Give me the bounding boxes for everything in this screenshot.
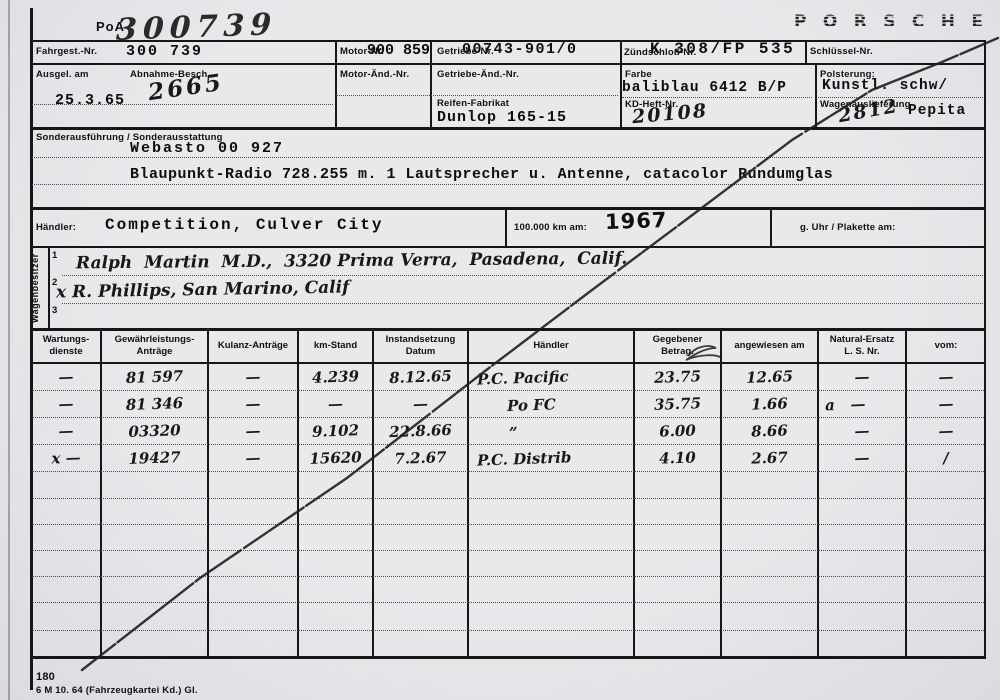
polsterung-value: Kunstl. schw/	[822, 78, 948, 94]
porsche-logo: PORSCHE	[793, 10, 993, 32]
schluessel-label: Schlüssel-Nr.	[810, 46, 873, 57]
table-cell: 12.65	[722, 362, 818, 391]
table-cell: —	[374, 389, 468, 418]
table-cell: —	[819, 417, 906, 446]
table-cell: —	[819, 363, 906, 392]
reifen-label: Reifen-Fabrikat	[437, 98, 509, 109]
table-cell: —	[209, 362, 298, 391]
table-cell: —	[299, 390, 373, 419]
table-header: angewiesen am	[722, 330, 817, 362]
rule-v	[48, 246, 50, 328]
table-header: Kulanz-Anträge	[209, 330, 297, 362]
motor-value: 900 859	[367, 42, 430, 59]
table-header: Wartungs- dienste	[32, 330, 100, 362]
table-cell: —	[907, 417, 986, 446]
table-cell: 22.8.66	[374, 416, 468, 445]
table-cell: 81 597	[102, 362, 208, 392]
table-cell: a —	[819, 389, 912, 418]
footer-text: 6 M 10. 64 (Fahrzeugkartei Kd.) Gl.	[36, 685, 198, 696]
table-cell: P.C. Distrib	[469, 442, 634, 474]
dotted-rule	[32, 157, 983, 158]
dotted-rule	[32, 550, 984, 551]
table-header: Natural-Ersatz L. S. Nr.	[819, 330, 905, 362]
table-cell: x —	[32, 444, 101, 472]
owner-row-number: 1	[52, 250, 57, 261]
rule-h	[30, 63, 986, 65]
table-header: vom:	[907, 330, 985, 362]
reifen-value: Dunlop 165-15	[437, 109, 567, 126]
getriebe-aend-label: Getriebe-Änd.-Nr.	[437, 69, 519, 80]
wagenbesitzer-side-label: Wagenbesitzer	[30, 249, 48, 327]
table-header: Gegebener Betrag.	[635, 330, 720, 362]
table-cell: 4.239	[299, 363, 373, 392]
table-cell: 03320	[102, 416, 208, 446]
table-cell: —	[32, 390, 101, 418]
dotted-rule	[622, 97, 812, 98]
table-cell: 15620	[299, 444, 373, 473]
rule-v	[505, 207, 507, 246]
motor-aend-label: Motor-Änd.-Nr.	[340, 69, 409, 80]
haendler-value: Competition, Culver City	[105, 216, 383, 234]
paper-edge	[8, 0, 10, 700]
rule-v	[815, 63, 817, 127]
rule-v	[335, 40, 337, 127]
table-header: Gewährleistungs- Anträge	[102, 330, 207, 362]
dotted-rule	[32, 602, 984, 603]
farbe-value: baliblau 6412 B/P	[622, 80, 787, 96]
table-header: Händler	[469, 330, 633, 362]
table-cell: —	[209, 443, 298, 472]
ausgel-value: 25.3.65	[55, 92, 125, 109]
uhr-plakette-label: g. Uhr / Plakette am:	[800, 222, 896, 233]
owner-2: x R. Phillips, San Marino, Calif	[56, 277, 350, 302]
dotted-rule	[32, 444, 984, 445]
km-label: 100.000 km am:	[514, 222, 587, 233]
table-cell: 35.75	[635, 390, 721, 419]
owner-1: Ralph Martin M.D., 3320 Prima Verra, Pas…	[76, 249, 627, 274]
table-cell: 8.66	[722, 416, 818, 445]
dotted-rule	[336, 95, 618, 96]
ausgel-label: Ausgel. am	[36, 69, 89, 80]
table-cell: 4.10	[635, 444, 721, 473]
dotted-rule	[32, 576, 984, 577]
table-cell: 1.66	[722, 389, 818, 418]
vehicle-record-card: PORSCHE PoA 300739 Fahrgest.-Nr. 300 739…	[0, 0, 1000, 700]
table-cell: —	[209, 416, 298, 445]
table-cell: —	[819, 444, 906, 473]
sonder-line2: Blaupunkt-Radio 728.255 m. 1 Lautspreche…	[130, 166, 833, 183]
table-cell: 9.102	[299, 417, 373, 446]
rule-v	[770, 207, 772, 246]
table-cell: 8.12.65	[374, 362, 468, 391]
dotted-rule	[32, 417, 984, 418]
table-cell: —	[209, 389, 298, 418]
rule-v	[430, 40, 432, 127]
porsche-logo-text: PORSCHE	[794, 12, 989, 32]
farbe-label: Farbe	[625, 69, 652, 80]
polsterung-value2: Pepita	[908, 103, 966, 119]
rule-h	[30, 207, 986, 210]
sonder-line1: Webasto 00 927	[130, 140, 284, 157]
dotted-rule	[32, 104, 333, 105]
rule-v	[805, 40, 807, 63]
dotted-rule	[62, 275, 983, 276]
zuendschloss-value: K 308/FP 535	[650, 40, 795, 58]
table-header: Instandsetzung Datum	[374, 330, 467, 362]
table-cell: 19427	[102, 443, 208, 473]
table-cell: —	[32, 363, 101, 391]
dotted-rule	[818, 97, 983, 98]
table-header: km-Stand	[299, 330, 372, 362]
fahrgest-label: Fahrgest.-Nr.	[36, 46, 97, 57]
rule-h	[30, 127, 986, 130]
rule-h	[30, 246, 986, 248]
dotted-rule	[32, 471, 984, 472]
table-cell: 7.2.67	[374, 443, 468, 472]
getriebe-value: 00743-901/0	[462, 41, 578, 58]
dotted-rule	[32, 184, 983, 185]
km-value-stamp: 1967	[605, 208, 668, 235]
haendler-label: Händler:	[36, 222, 76, 233]
dotted-rule	[32, 524, 984, 525]
table-cell: 81 346	[102, 389, 208, 419]
table-cell: ∕	[907, 444, 986, 473]
fahrgest-value: 300 739	[126, 43, 203, 60]
table-cell: —	[907, 390, 986, 419]
owner-row-number: 3	[52, 305, 57, 316]
table-cell: —	[32, 417, 101, 445]
table-cell: P.C. Pacific	[469, 361, 634, 393]
dotted-rule	[32, 498, 984, 499]
dotted-rule	[62, 303, 983, 304]
table-bottom-border	[30, 656, 986, 659]
table-cell: 6.00	[635, 417, 721, 446]
footer-form-number: 180 6 M 10. 64 (Fahrzeugkartei Kd.) Gl.	[36, 660, 198, 696]
dotted-rule	[32, 630, 984, 631]
table-cell: —	[907, 363, 986, 392]
table-cell: 2.67	[722, 443, 818, 472]
footer-code: 180	[36, 671, 55, 683]
dotted-rule	[32, 390, 984, 391]
